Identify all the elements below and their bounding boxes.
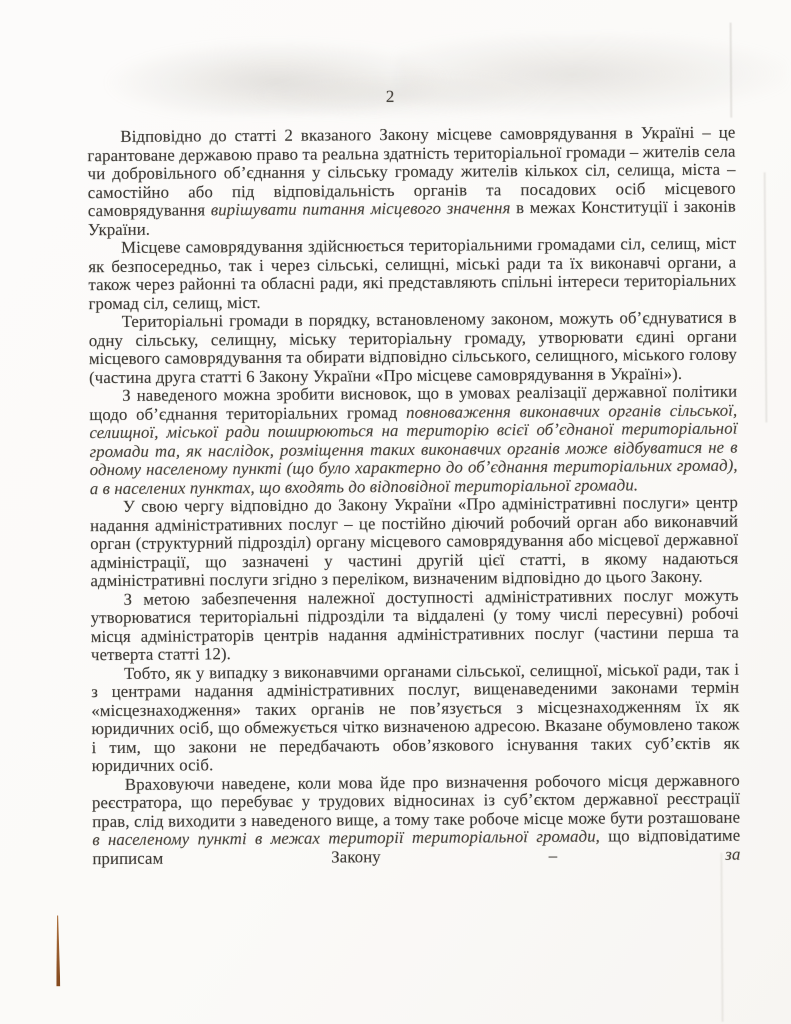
paragraph: Відповідно до статті 2 вказаного Закону … xyxy=(87,124,736,240)
text-run: Місцеве самоврядування здійснюється тери… xyxy=(88,234,736,313)
scan-fold-streak-artifact xyxy=(720,853,723,1022)
scan-fold-streak-artifact xyxy=(730,23,733,118)
paragraph: Тобто, як у випадку з виконавчими органа… xyxy=(91,660,740,776)
italic-text-run: за xyxy=(725,844,740,863)
pen-mark-artifact xyxy=(56,915,60,986)
scan-fold-streak-artifact xyxy=(764,172,768,422)
page-number: 2 xyxy=(0,85,783,107)
text-run: Тобто, як у випадку з виконавчими органа… xyxy=(91,659,740,775)
text-run: Враховуючи наведене, коли мова йде про в… xyxy=(92,770,740,831)
text-run: У свою чергу відповідно до Закону Україн… xyxy=(90,493,738,591)
document-body: Відповідно до статті 2 вказаного Закону … xyxy=(87,124,740,869)
paragraph: З наведеного можна зробити висновок, що … xyxy=(89,383,738,499)
paragraph: Місцеве самоврядування здійснюється тери… xyxy=(88,235,737,314)
text-run: Територіальні громади в порядку, встанов… xyxy=(89,308,737,387)
scan-smudge-artifact xyxy=(397,31,788,118)
paragraph: У свою чергу відповідно до Закону Україн… xyxy=(90,494,739,591)
scanned-page: 2 Відповідно до статті 2 вказаного Закон… xyxy=(0,0,791,1024)
paragraph: Враховуючи наведене, коли мова йде про в… xyxy=(92,771,741,868)
scan-skew-wrapper: 2 Відповідно до статті 2 вказаного Закон… xyxy=(0,0,791,1024)
italic-text-run: вирішувати питання місцевого значення xyxy=(211,198,511,219)
paragraph: Територіальні громади в порядку, встанов… xyxy=(89,309,738,388)
text-run: З метою забезпечення належної доступност… xyxy=(91,585,739,664)
paragraph: З метою забезпечення належної доступност… xyxy=(91,586,740,665)
